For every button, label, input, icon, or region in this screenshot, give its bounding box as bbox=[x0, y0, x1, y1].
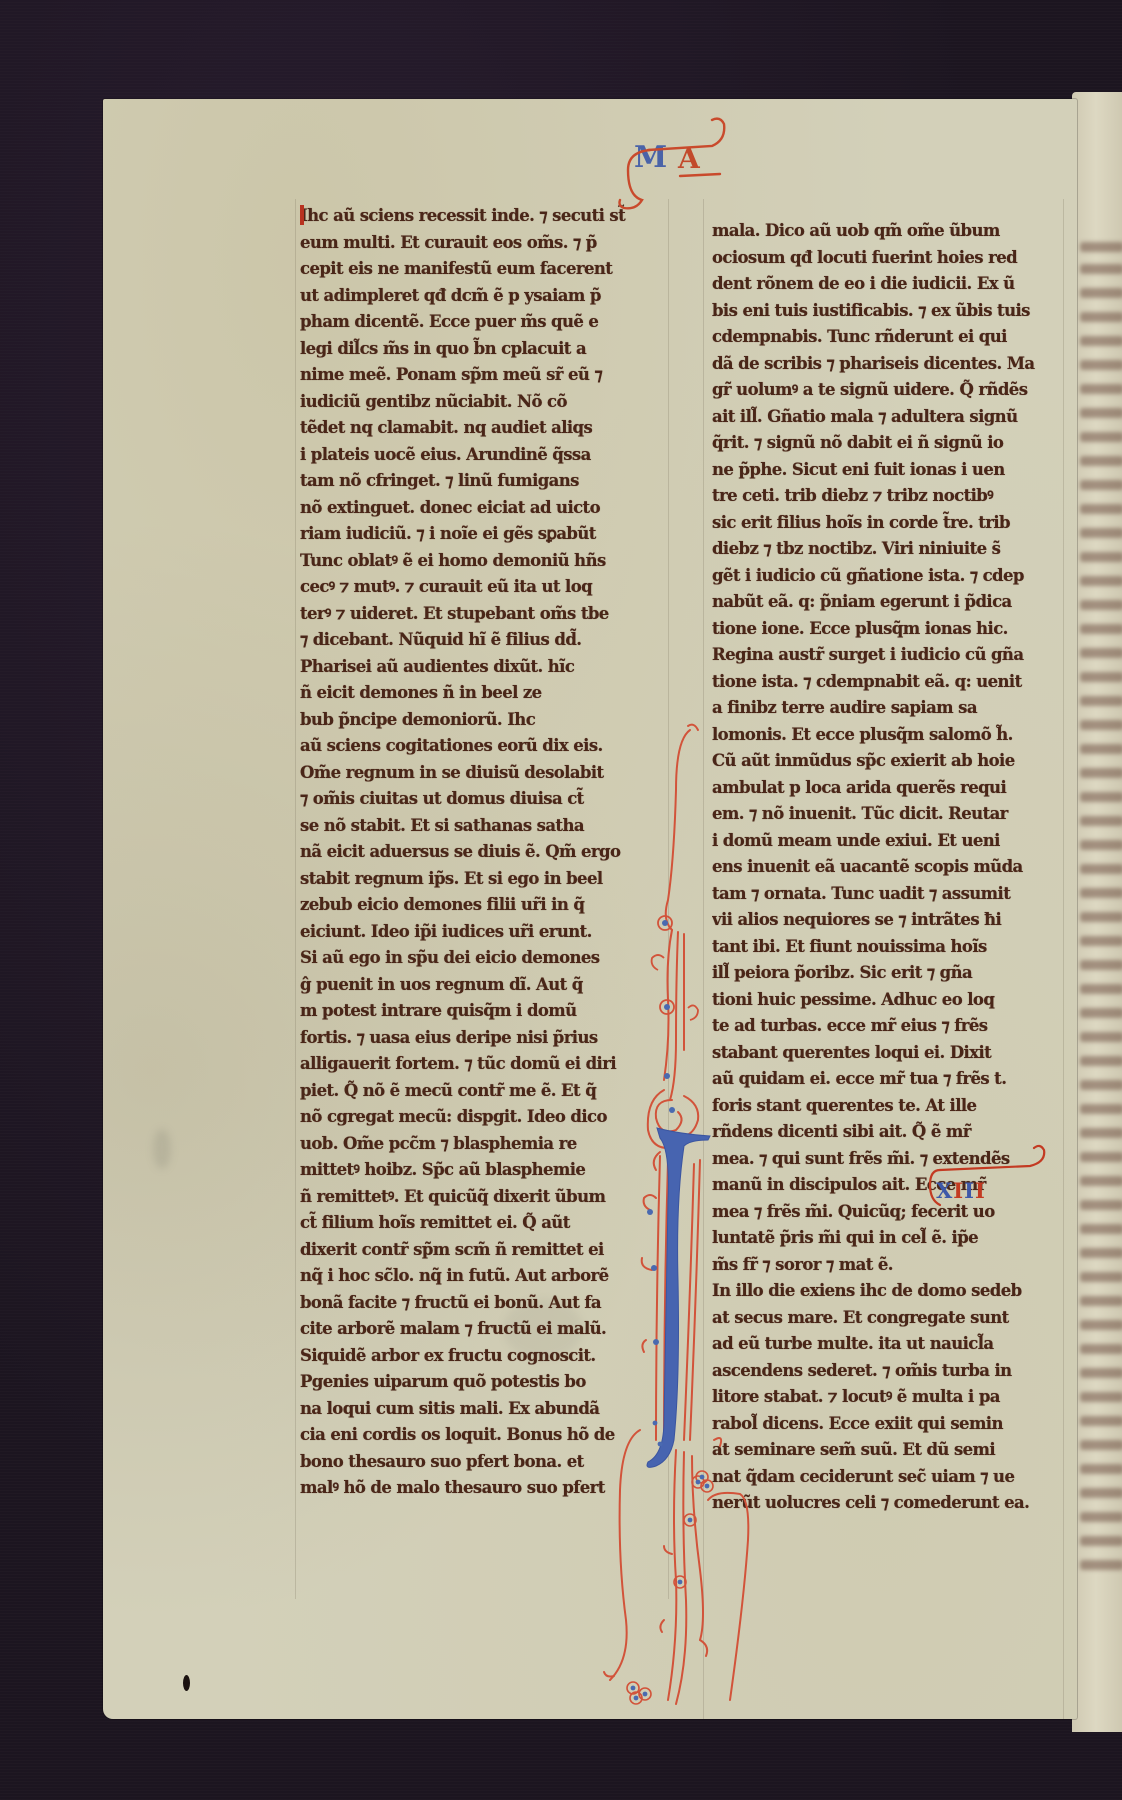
text-line: nã eicit aduersus se diuis ẽ. Qm̃ ergo bbox=[300, 839, 660, 866]
text-line: cdempnabis. Tunc rñderunt ei qui bbox=[712, 324, 1067, 351]
text-line: nat q̃dam ceciderunt sec̃ uiam ⁊ ue bbox=[712, 1464, 1067, 1491]
text-line: mittetꝰ hoibz. Sp̃c aũ blasphemie bbox=[300, 1157, 660, 1184]
right-text-column: mala. Dico aũ uob qm̃ om̃e ũbumociosum q… bbox=[712, 218, 1067, 1517]
text-line: se nõ stabit. Et si sathanas satha bbox=[300, 813, 660, 840]
text-line: at secus mare. Et congregate sunt bbox=[712, 1305, 1067, 1332]
text-line: tre ceti. trib diebz ⁊ tribz noctibꝰ bbox=[712, 483, 1067, 510]
text-line: vii alios nequiores se ⁊ intrãtes ħi bbox=[712, 907, 1067, 934]
text-line: tam ⁊ ornata. Tunc uadit ⁊ assumit bbox=[712, 881, 1067, 908]
text-line: Regina austr̃ surget i iudicio cũ gña bbox=[712, 642, 1067, 669]
text-line: ct̃ filium hoĩs remittet ei. Q̃ aũt bbox=[300, 1210, 660, 1237]
text-line: zebub eicio demones filii ur̃i in q̃ bbox=[300, 892, 660, 919]
text-line: iudiciũ gentibz nũciabit. Nõ cõ bbox=[300, 389, 660, 416]
chapter-numeral-letter: I bbox=[964, 1178, 975, 1203]
text-line: dixerit contr̃ sp̃m scm̃ ñ remittet ei bbox=[300, 1237, 660, 1264]
text-line: Ihc aũ sciens recessit inde. ⁊ secuti st… bbox=[300, 203, 660, 230]
text-line: litore stabat. ⁊ locutꝰ ẽ multa i pa bbox=[712, 1384, 1067, 1411]
text-line: mea. ⁊ qui sunt frẽs m̃i. ⁊ extendẽs bbox=[712, 1146, 1067, 1173]
text-line: uob. Om̃e pcc̃m ⁊ blasphemia re bbox=[300, 1131, 660, 1158]
text-line: alligauerit fortem. ⁊ tũc domũ ei diri bbox=[300, 1051, 660, 1078]
header-letter-red: A bbox=[678, 142, 700, 175]
text-line: dent rõnem de eo i die iudicii. Ex ũ bbox=[712, 271, 1067, 298]
text-line: piet. Q̃ nõ ẽ mecũ contr̃ me ẽ. Et q̃ bbox=[300, 1078, 660, 1105]
text-line: In illo die exiens ihc de domo sedeb bbox=[712, 1278, 1067, 1305]
text-line: rabol̃ dicens. Ecce exiit qui semin bbox=[712, 1411, 1067, 1438]
text-line: tione ista. ⁊ cdempnabit eã. q: uenit bbox=[712, 669, 1067, 696]
text-line: tant ibi. Et fiunt nouissima hoĩs bbox=[712, 934, 1067, 961]
text-line: malꝰ hõ de malo thesauro suo pfert bbox=[300, 1475, 660, 1502]
text-line: mala. Dico aũ uob qm̃ om̃e ũbum bbox=[712, 218, 1067, 245]
text-line: cite arborẽ malam ⁊ fructũ ei malũ. bbox=[300, 1316, 660, 1343]
text-line: at seminare sem̃ suũ. Et dũ semi bbox=[712, 1437, 1067, 1464]
text-line: ens inuenit eã uacantẽ scopis mũda bbox=[712, 854, 1067, 881]
text-line: tam nõ cfringet. ⁊ linũ fumigans bbox=[300, 468, 660, 495]
text-line: a finibz terre audire sapiam sa bbox=[712, 695, 1067, 722]
text-line: ascendens sederet. ⁊ om̃is turba in bbox=[712, 1358, 1067, 1385]
text-line: aũ sciens cogitationes eorũ dix eis. bbox=[300, 733, 660, 760]
text-line: fortis. ⁊ uasa eius deripe nisi p̃rius bbox=[300, 1025, 660, 1052]
text-line: ñ eicit demones ñ in beel ze bbox=[300, 680, 660, 707]
text-line: m potest intrare quisq̃m i domũ bbox=[300, 998, 660, 1025]
text-line: aũ quidam ei. ecce mr̃ tua ⁊ frẽs t. bbox=[712, 1066, 1067, 1093]
text-line: Siquidẽ arbor ex fructu cognoscit. bbox=[300, 1343, 660, 1370]
text-line: tioni huic pessime. Adhuc eo loq bbox=[712, 987, 1067, 1014]
text-line: bis eni tuis iustificabis. ⁊ ex ũbis tui… bbox=[712, 298, 1067, 325]
text-line: nime meẽ. Ponam sp̃m meũ sr̃ eũ ⁊ bbox=[300, 362, 660, 389]
facing-page-edge bbox=[1072, 92, 1122, 1732]
text-line: te ad turbas. ecce mr̃ eius ⁊ frẽs bbox=[712, 1013, 1067, 1040]
text-line: nabũt eã. q: p̃niam egerunt i p̃dica bbox=[712, 589, 1067, 616]
text-line: gr̃ uolumꝰ a te signũ uidere. Q̃ rñdẽs bbox=[712, 377, 1067, 404]
header-initial-blue: M bbox=[634, 140, 666, 175]
text-line: lomonis. Et ecce plusq̃m salomõ h̃. bbox=[712, 722, 1067, 749]
text-line: i domũ meam unde exiui. Et ueni bbox=[712, 828, 1067, 855]
text-line: i plateis uocẽ eius. Arundinẽ q̃ssa bbox=[300, 442, 660, 469]
text-line: Cũ aũt inmũdus sp̃c exierit ab hoie bbox=[712, 748, 1067, 775]
text-line: eum multi. Et curauit eos om̃s. ⁊ p̃ bbox=[300, 230, 660, 257]
text-line: ait ill̃. Gñatio mala ⁊ adultera signũ bbox=[712, 404, 1067, 431]
text-line: m̃s fr̃ ⁊ soror ⁊ mat ẽ. bbox=[712, 1252, 1067, 1279]
text-line: ne p̃phe. Sicut eni fuit ionas i uen bbox=[712, 457, 1067, 484]
text-line: ambulat p loca arida querẽs requi bbox=[712, 775, 1067, 802]
text-line: rñdens dicenti sibi ait. Q̃ ẽ mr̃ bbox=[712, 1119, 1067, 1146]
text-line: cecꝰ ⁊ mutꝰ. ⁊ curauit eũ ita ut loq bbox=[300, 574, 660, 601]
text-line: Tunc oblatꝰ ẽ ei homo demoniũ hñs bbox=[300, 548, 660, 575]
text-line: bub p̃ncipe demoniorũ. Ihc bbox=[300, 707, 660, 734]
chapter-numeral-letter: X bbox=[936, 1178, 953, 1203]
text-line: nõ cgregat mecũ: dispgit. Ideo dico bbox=[300, 1104, 660, 1131]
text-line: tẽdet nq clamabit. nq audiet aliqs bbox=[300, 415, 660, 442]
text-line: luntatẽ p̃ris m̃i qui in cel̃ ẽ. ip̃e bbox=[712, 1225, 1067, 1252]
text-line: stabit regnum ip̃s. Et si ego in beel bbox=[300, 866, 660, 893]
text-line: q̃rit. ⁊ signũ nõ dabit ei ñ signũ io bbox=[712, 430, 1067, 457]
text-line: ⁊ om̃is ciuitas ut domus diuisa ct̃ bbox=[300, 786, 660, 813]
text-line: stabant querentes loqui ei. Dixit bbox=[712, 1040, 1067, 1067]
text-line: terꝰ ⁊ uideret. Et stupebant om̃s tbe bbox=[300, 601, 660, 628]
text-line: cepit eis ne manifestũ eum facerent bbox=[300, 256, 660, 283]
text-line: bonã facite ⁊ fructũ ei bonũ. Aut fa bbox=[300, 1290, 660, 1317]
text-line: bono thesauro suo pfert bona. et bbox=[300, 1449, 660, 1476]
text-line: ⁊ dicebant. Nũquid hĩ ẽ filius dd̃. bbox=[300, 627, 660, 654]
text-line: ñ remittetꝰ. Et quicũq̃ dixerit ũbum bbox=[300, 1184, 660, 1211]
text-line: ad eũ turbe multe. ita ut nauicl̃a bbox=[712, 1331, 1067, 1358]
text-line: mea ⁊ frẽs m̃i. Quicũq; fecerit uo bbox=[712, 1199, 1067, 1226]
text-line: pham dicentẽ. Ecce puer m̃s quẽ e bbox=[300, 309, 660, 336]
text-line: ill̃ peiora p̃oribz. Sic erit ⁊ gña bbox=[712, 960, 1067, 987]
text-line: em. ⁊ nõ inuenit. Tũc dicit. Reutar bbox=[712, 801, 1067, 828]
text-line: sic erit filius hoĩs in corde t̃re. trib bbox=[712, 510, 1067, 537]
text-line: cia eni cordis os loquit. Bonus hõ de bbox=[300, 1422, 660, 1449]
text-line: na loqui cum sitis mali. Ex abundã bbox=[300, 1396, 660, 1423]
text-line: Om̃e regnum in se diuisũ desolabit bbox=[300, 760, 660, 787]
text-line: nõ extinguet. donec eiciat ad uicto bbox=[300, 495, 660, 522]
text-line: Pharisei aũ audientes dixũt. hĩc bbox=[300, 654, 660, 681]
text-line: foris stant querentes te. At ille bbox=[712, 1093, 1067, 1120]
text-line: nq̃ i hoc sc̃lo. nq̃ in futũ. Aut arborẽ bbox=[300, 1263, 660, 1290]
chapter-numeral-letter: I bbox=[975, 1178, 986, 1203]
text-line: dã de scribis ⁊ phariseis dicentes. Ma bbox=[712, 351, 1067, 378]
text-line: legi dil̃cs m̃s in quo b̃n cplacuit a bbox=[300, 336, 660, 363]
text-line: riam iudiciũ. ⁊ i noĩe ei gẽs sꝑabũt bbox=[300, 521, 660, 548]
text-line: diebz ⁊ tbz noctibz. Viri niniuite s̃ bbox=[712, 536, 1067, 563]
text-line: ĝ puenit in uos regnum dĩ. Aut q̃ bbox=[300, 972, 660, 999]
text-line: nerũt uolucres celi ⁊ comederunt ea. bbox=[712, 1490, 1067, 1517]
chapter-number: XIII bbox=[936, 1178, 986, 1203]
stain bbox=[153, 1129, 171, 1169]
ink-blot bbox=[183, 1675, 190, 1691]
text-line: gẽt i iudicio cũ gñatione ista. ⁊ cdep bbox=[712, 563, 1067, 590]
left-text-column: Ihc aũ sciens recessit inde. ⁊ secuti st… bbox=[300, 203, 660, 1502]
text-line: Si aũ ego in sp̃u dei eicio demones bbox=[300, 945, 660, 972]
chapter-numeral-letter: I bbox=[953, 1178, 964, 1203]
text-line: manũ in discipulos ait. Ecce mr̃ bbox=[712, 1172, 1067, 1199]
text-line: ut adimpleret qđ dcm̃ ẽ p ysaiam p̃ bbox=[300, 283, 660, 310]
text-line: Pgenies uiparum quõ potestis bo bbox=[300, 1369, 660, 1396]
text-line: ociosum qđ locuti fuerint hoies red bbox=[712, 245, 1067, 272]
text-line: tione ione. Ecce plusq̃m ionas hic. bbox=[712, 616, 1067, 643]
text-line: eiciunt. Ideo ip̃i iudices ur̃i erunt. bbox=[300, 919, 660, 946]
running-header: M A bbox=[620, 140, 730, 190]
